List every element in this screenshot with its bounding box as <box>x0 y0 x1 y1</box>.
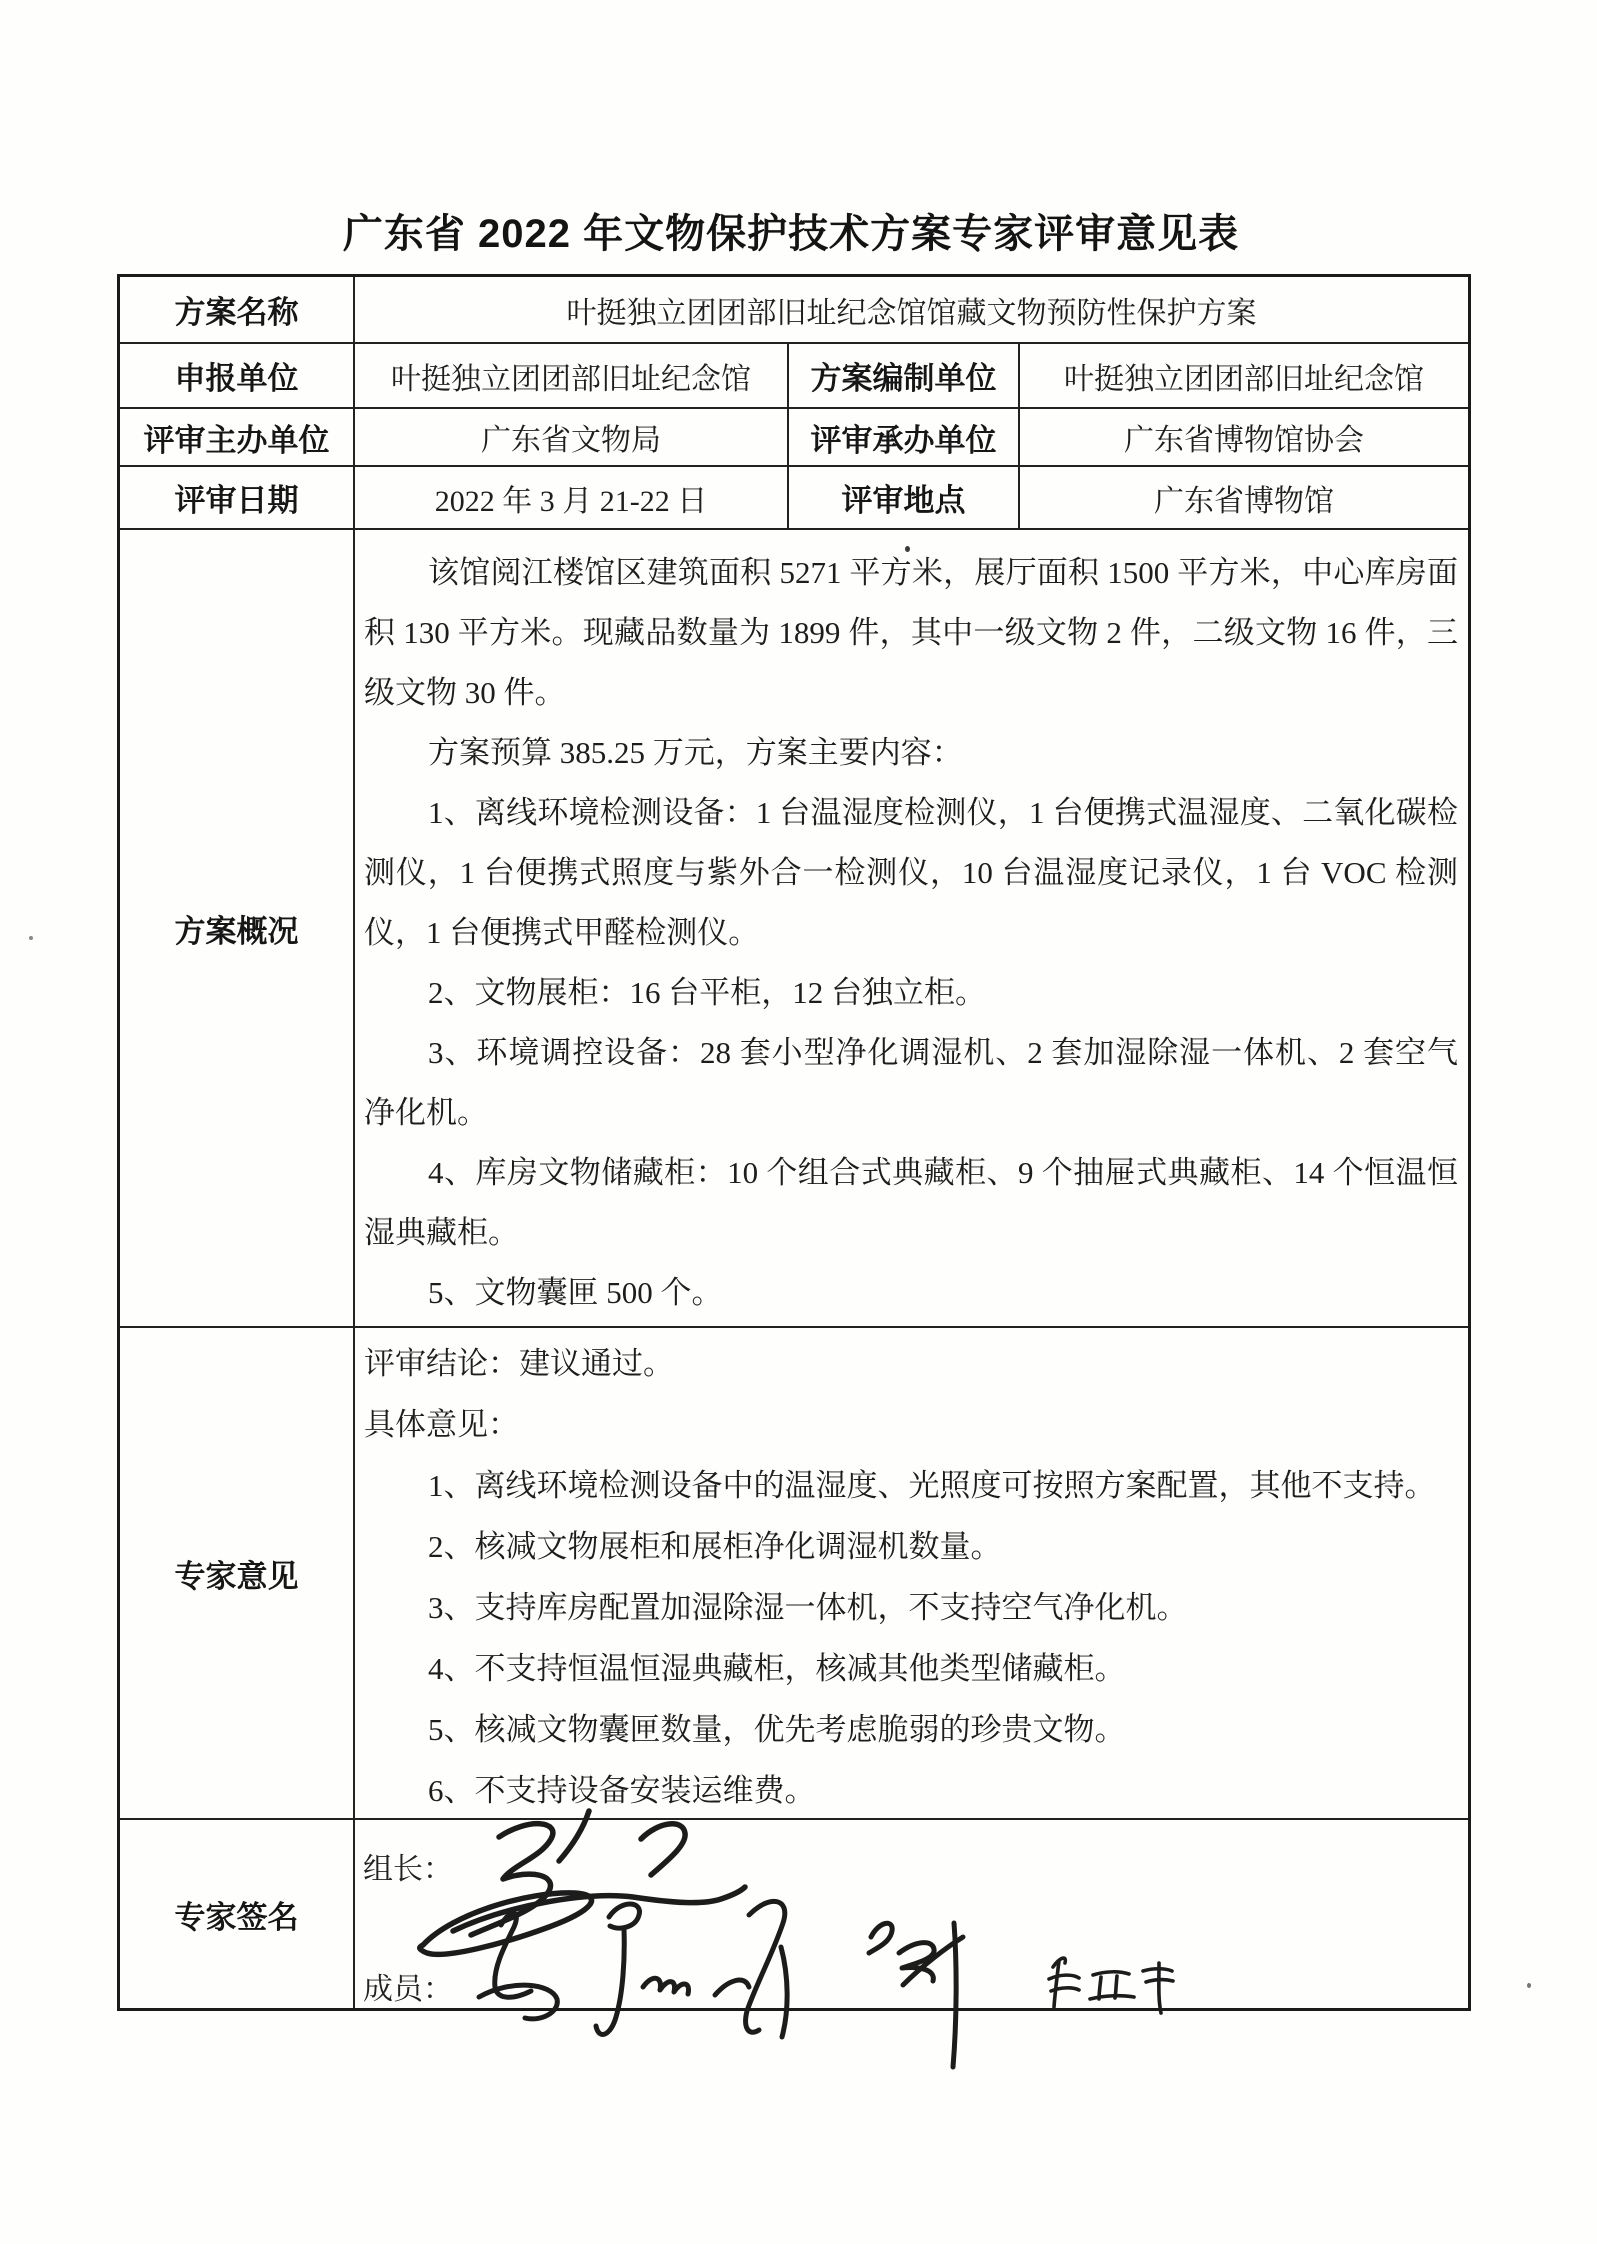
plan-compiler-value: 叶挺独立团团部旧址纪念馆 <box>1020 344 1468 409</box>
plan-overview-label: 方案概况 <box>120 530 355 1328</box>
opinion-line: 1、离线环境检测设备中的温湿度、光照度可按照方案配置，其他不支持。 <box>364 1455 1458 1516</box>
plan-name-value: 叶挺独立团团部旧址纪念馆馆藏文物预防性保护方案 <box>355 277 1468 344</box>
expert-signature-area: 组长： 成员： <box>355 1820 1468 2008</box>
review-date-label: 评审日期 <box>120 467 355 530</box>
opinion-line: 3、支持库房配置加湿除湿一体机，不支持空气净化机。 <box>364 1577 1458 1638</box>
review-location-value: 广东省博物馆 <box>1020 467 1468 530</box>
opinion-line: 4、不支持恒温恒湿典藏柜，核减其他类型储藏柜。 <box>364 1638 1458 1699</box>
opinion-line: 6、不支持设备安装运维费。 <box>364 1760 1458 1821</box>
leader-label: 组长： <box>363 1844 453 1888</box>
review-host-label: 评审主办单位 <box>120 409 355 467</box>
review-organizer-value: 广东省博物馆协会 <box>1020 409 1468 467</box>
scanned-page: 广东省 2022 年文物保护技术方案专家评审意见表 方案名称 叶挺独立团团部旧址… <box>0 0 1597 2244</box>
review-date-value: 2022 年 3 月 21-22 日 <box>355 467 789 530</box>
overview-paragraph: 3、环境调控设备：28 套小型净化调湿机、2 套加湿除湿一体机、2 套空气净化机… <box>364 1023 1458 1143</box>
opinion-line: 具体意见： <box>364 1394 1458 1455</box>
expert-signature-label: 专家签名 <box>120 1820 355 2008</box>
applicant-unit-label: 申报单位 <box>120 344 355 409</box>
member-signature-3 <box>1049 1958 1173 2013</box>
overview-paragraph: 方案预算 385.25 万元，方案主要内容： <box>364 723 1458 783</box>
scan-speck <box>1527 1983 1531 1988</box>
overview-paragraph: 2、文物展柜：16 台平柜，12 台独立柜。 <box>364 963 1458 1023</box>
member-signature-2 <box>869 1923 963 2067</box>
member-label: 成员： <box>363 1964 453 2008</box>
leader-signature <box>420 1811 745 1954</box>
review-host-value: 广东省文物局 <box>355 409 789 467</box>
scan-speck <box>29 936 33 940</box>
plan-compiler-label: 方案编制单位 <box>789 344 1020 409</box>
review-location-label: 评审地点 <box>789 467 1020 530</box>
plan-name-label: 方案名称 <box>120 277 355 344</box>
overview-paragraph: 1、离线环境检测设备：1 台温湿度检测仪，1 台便携式温湿度、二氧化碳检测仪，1… <box>364 783 1458 963</box>
scan-speck <box>905 546 910 552</box>
member-signature-1 <box>479 1901 787 2037</box>
review-form-table: 方案名称 叶挺独立团团部旧址纪念馆馆藏文物预防性保护方案 申报单位 叶挺独立团团… <box>117 274 1471 2011</box>
expert-opinion-text: 评审结论：建议通过。 具体意见： 1、离线环境检测设备中的温湿度、光照度可按照方… <box>355 1328 1468 1820</box>
document-title: 广东省 2022 年文物保护技术方案专家评审意见表 <box>117 202 1465 259</box>
overview-paragraph: 5、文物囊匣 500 个。 <box>364 1263 1458 1323</box>
handwritten-signatures <box>353 1795 1313 2095</box>
opinion-line: 评审结论：建议通过。 <box>364 1333 1458 1394</box>
expert-opinion-label: 专家意见 <box>120 1328 355 1820</box>
overview-paragraph: 4、库房文物储藏柜：10 个组合式典藏柜、9 个抽屉式典藏柜、14 个恒温恒湿典… <box>364 1143 1458 1263</box>
review-organizer-label: 评审承办单位 <box>789 409 1020 467</box>
plan-overview-text: 该馆阅江楼馆区建筑面积 5271 平方米，展厅面积 1500 平方米，中心库房面… <box>355 530 1468 1328</box>
opinion-line: 2、核减文物展柜和展柜净化调湿机数量。 <box>364 1516 1458 1577</box>
overview-paragraph: 该馆阅江楼馆区建筑面积 5271 平方米，展厅面积 1500 平方米，中心库房面… <box>364 543 1458 723</box>
applicant-unit-value: 叶挺独立团团部旧址纪念馆 <box>355 344 789 409</box>
opinion-line: 5、核减文物囊匣数量，优先考虑脆弱的珍贵文物。 <box>364 1699 1458 1760</box>
